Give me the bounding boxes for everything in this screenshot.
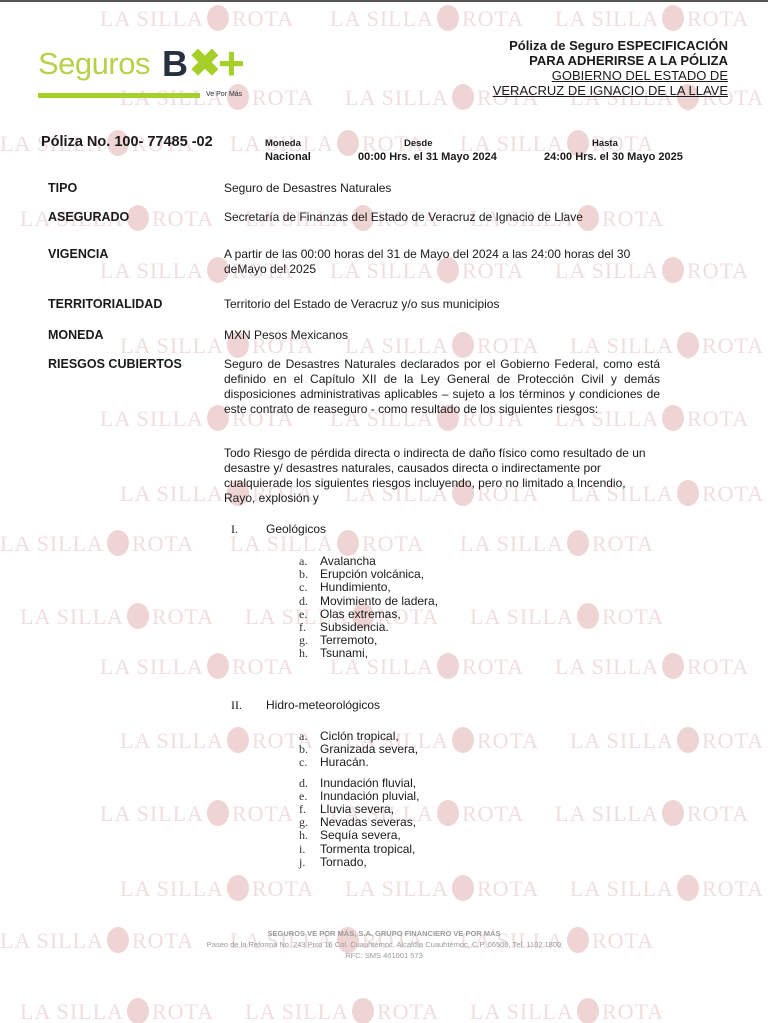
moneda-field-value: MXN Pesos Mexicanos bbox=[224, 328, 660, 343]
desde-value: 00:00 Hrs. el 31 Mayo 2024 bbox=[358, 151, 497, 163]
desde-label: Desde bbox=[404, 138, 433, 149]
list-item-text: Movimiento de ladera, bbox=[320, 594, 438, 608]
asegurado-label: ASEGURADO bbox=[48, 210, 129, 224]
territorialidad-value: Territorio del Estado de Veracruz y/o su… bbox=[224, 297, 660, 312]
footer: SEGUROS VE POR MÁS, S.A. GRUPO FINANCIER… bbox=[0, 928, 768, 961]
list-item-text: Olas extremas, bbox=[320, 607, 401, 621]
title-line-4: VERACRUZ DE IGNACIO DE LA LLAVE bbox=[493, 83, 728, 98]
logo-tagline: Ve Por Más bbox=[206, 91, 242, 98]
list-item-text: Ciclón tropical, bbox=[320, 729, 399, 743]
list-item-text: Huracán. bbox=[320, 755, 369, 769]
logo-b: B bbox=[162, 43, 188, 85]
title-line-3: GOBIERNO DEL ESTADO DE bbox=[493, 68, 728, 83]
policy-document: Seguros B ✖ + Ve Por Más Póliza de Segur… bbox=[0, 0, 768, 1023]
list-item-text: Hundimiento, bbox=[320, 580, 391, 594]
hasta-label: Hasta bbox=[592, 138, 618, 149]
list-item-text: Subsidencia. bbox=[320, 620, 389, 634]
riesgos-paragraph-2: Todo Riesgo de pérdida directa o indirec… bbox=[224, 446, 660, 506]
list-item-text: Granizada severa, bbox=[320, 742, 418, 756]
title-line-2: PARA ADHERIRSE A LA PÓLIZA bbox=[493, 53, 728, 68]
riesgos-label: RIESGOS CUBIERTOS bbox=[48, 357, 182, 371]
logo-underline bbox=[38, 93, 200, 98]
tipo-value: Seguro de Desastres Naturales bbox=[224, 181, 660, 196]
moneda-value: Nacional bbox=[265, 151, 311, 163]
policy-number: Póliza No. 100- 77485 -02 bbox=[41, 134, 213, 150]
logo-x-icon: ✖ bbox=[189, 41, 221, 86]
asegurado-value: Secretaría de Finanzas del Estado de Ver… bbox=[224, 210, 660, 225]
list-item-text: Tsunami, bbox=[320, 646, 368, 660]
logo-brand-text: Seguros bbox=[38, 46, 150, 82]
section-numeral: II. bbox=[231, 698, 242, 713]
section-title: Hidro-meteorológicos bbox=[266, 698, 380, 712]
hasta-value: 24:00 Hrs. el 30 Mayo 2025 bbox=[544, 151, 683, 163]
list-item-letter: h. bbox=[299, 646, 308, 661]
moneda-field-label: MONEDA bbox=[48, 328, 104, 342]
list-item-text: Inundación pluvial, bbox=[320, 789, 419, 803]
territorialidad-label: TERRITORIALIDAD bbox=[48, 297, 162, 311]
footer-address: Paseo de la Reforma No. 243 Piso 16 Col.… bbox=[0, 939, 768, 950]
list-item-text: Tornado, bbox=[320, 855, 367, 869]
section-title: Geológicos bbox=[266, 522, 326, 536]
list-item-text: Erupción volcánica, bbox=[320, 567, 424, 581]
section-numeral: I. bbox=[231, 522, 238, 537]
vigencia-label: VIGENCIA bbox=[48, 247, 108, 261]
list-item-text: Avalancha bbox=[320, 554, 376, 568]
list-item-text: Nevadas severas, bbox=[320, 815, 416, 829]
list-item-text: Sequía severa, bbox=[320, 828, 401, 842]
footer-rfc: RFC: SMS 401001 573 bbox=[0, 950, 768, 961]
list-item-letter: j. bbox=[299, 855, 305, 870]
list-item-text: Lluvia severa, bbox=[320, 802, 394, 816]
vigencia-value: A partir de las 00:00 horas del 31 de Ma… bbox=[224, 247, 660, 277]
logo-plus-icon: + bbox=[218, 36, 245, 90]
list-item-text: Tormenta tropical, bbox=[320, 842, 415, 856]
riesgos-paragraph-1: Seguro de Desastres Naturales declarados… bbox=[224, 357, 660, 417]
tipo-label: TIPO bbox=[48, 181, 77, 195]
list-item-letter: c. bbox=[299, 755, 307, 770]
footer-company: SEGUROS VE POR MÁS, S.A. GRUPO FINANCIER… bbox=[0, 928, 768, 939]
list-item-text: Inundación fluvial, bbox=[320, 776, 416, 790]
list-item-text: Terremoto, bbox=[320, 633, 377, 647]
moneda-label: Moneda bbox=[265, 138, 301, 149]
title-line-1: Póliza de Seguro ESPECIFICACIÓN bbox=[493, 38, 728, 53]
document-title: Póliza de Seguro ESPECIFICACIÓN PARA ADH… bbox=[493, 38, 728, 98]
